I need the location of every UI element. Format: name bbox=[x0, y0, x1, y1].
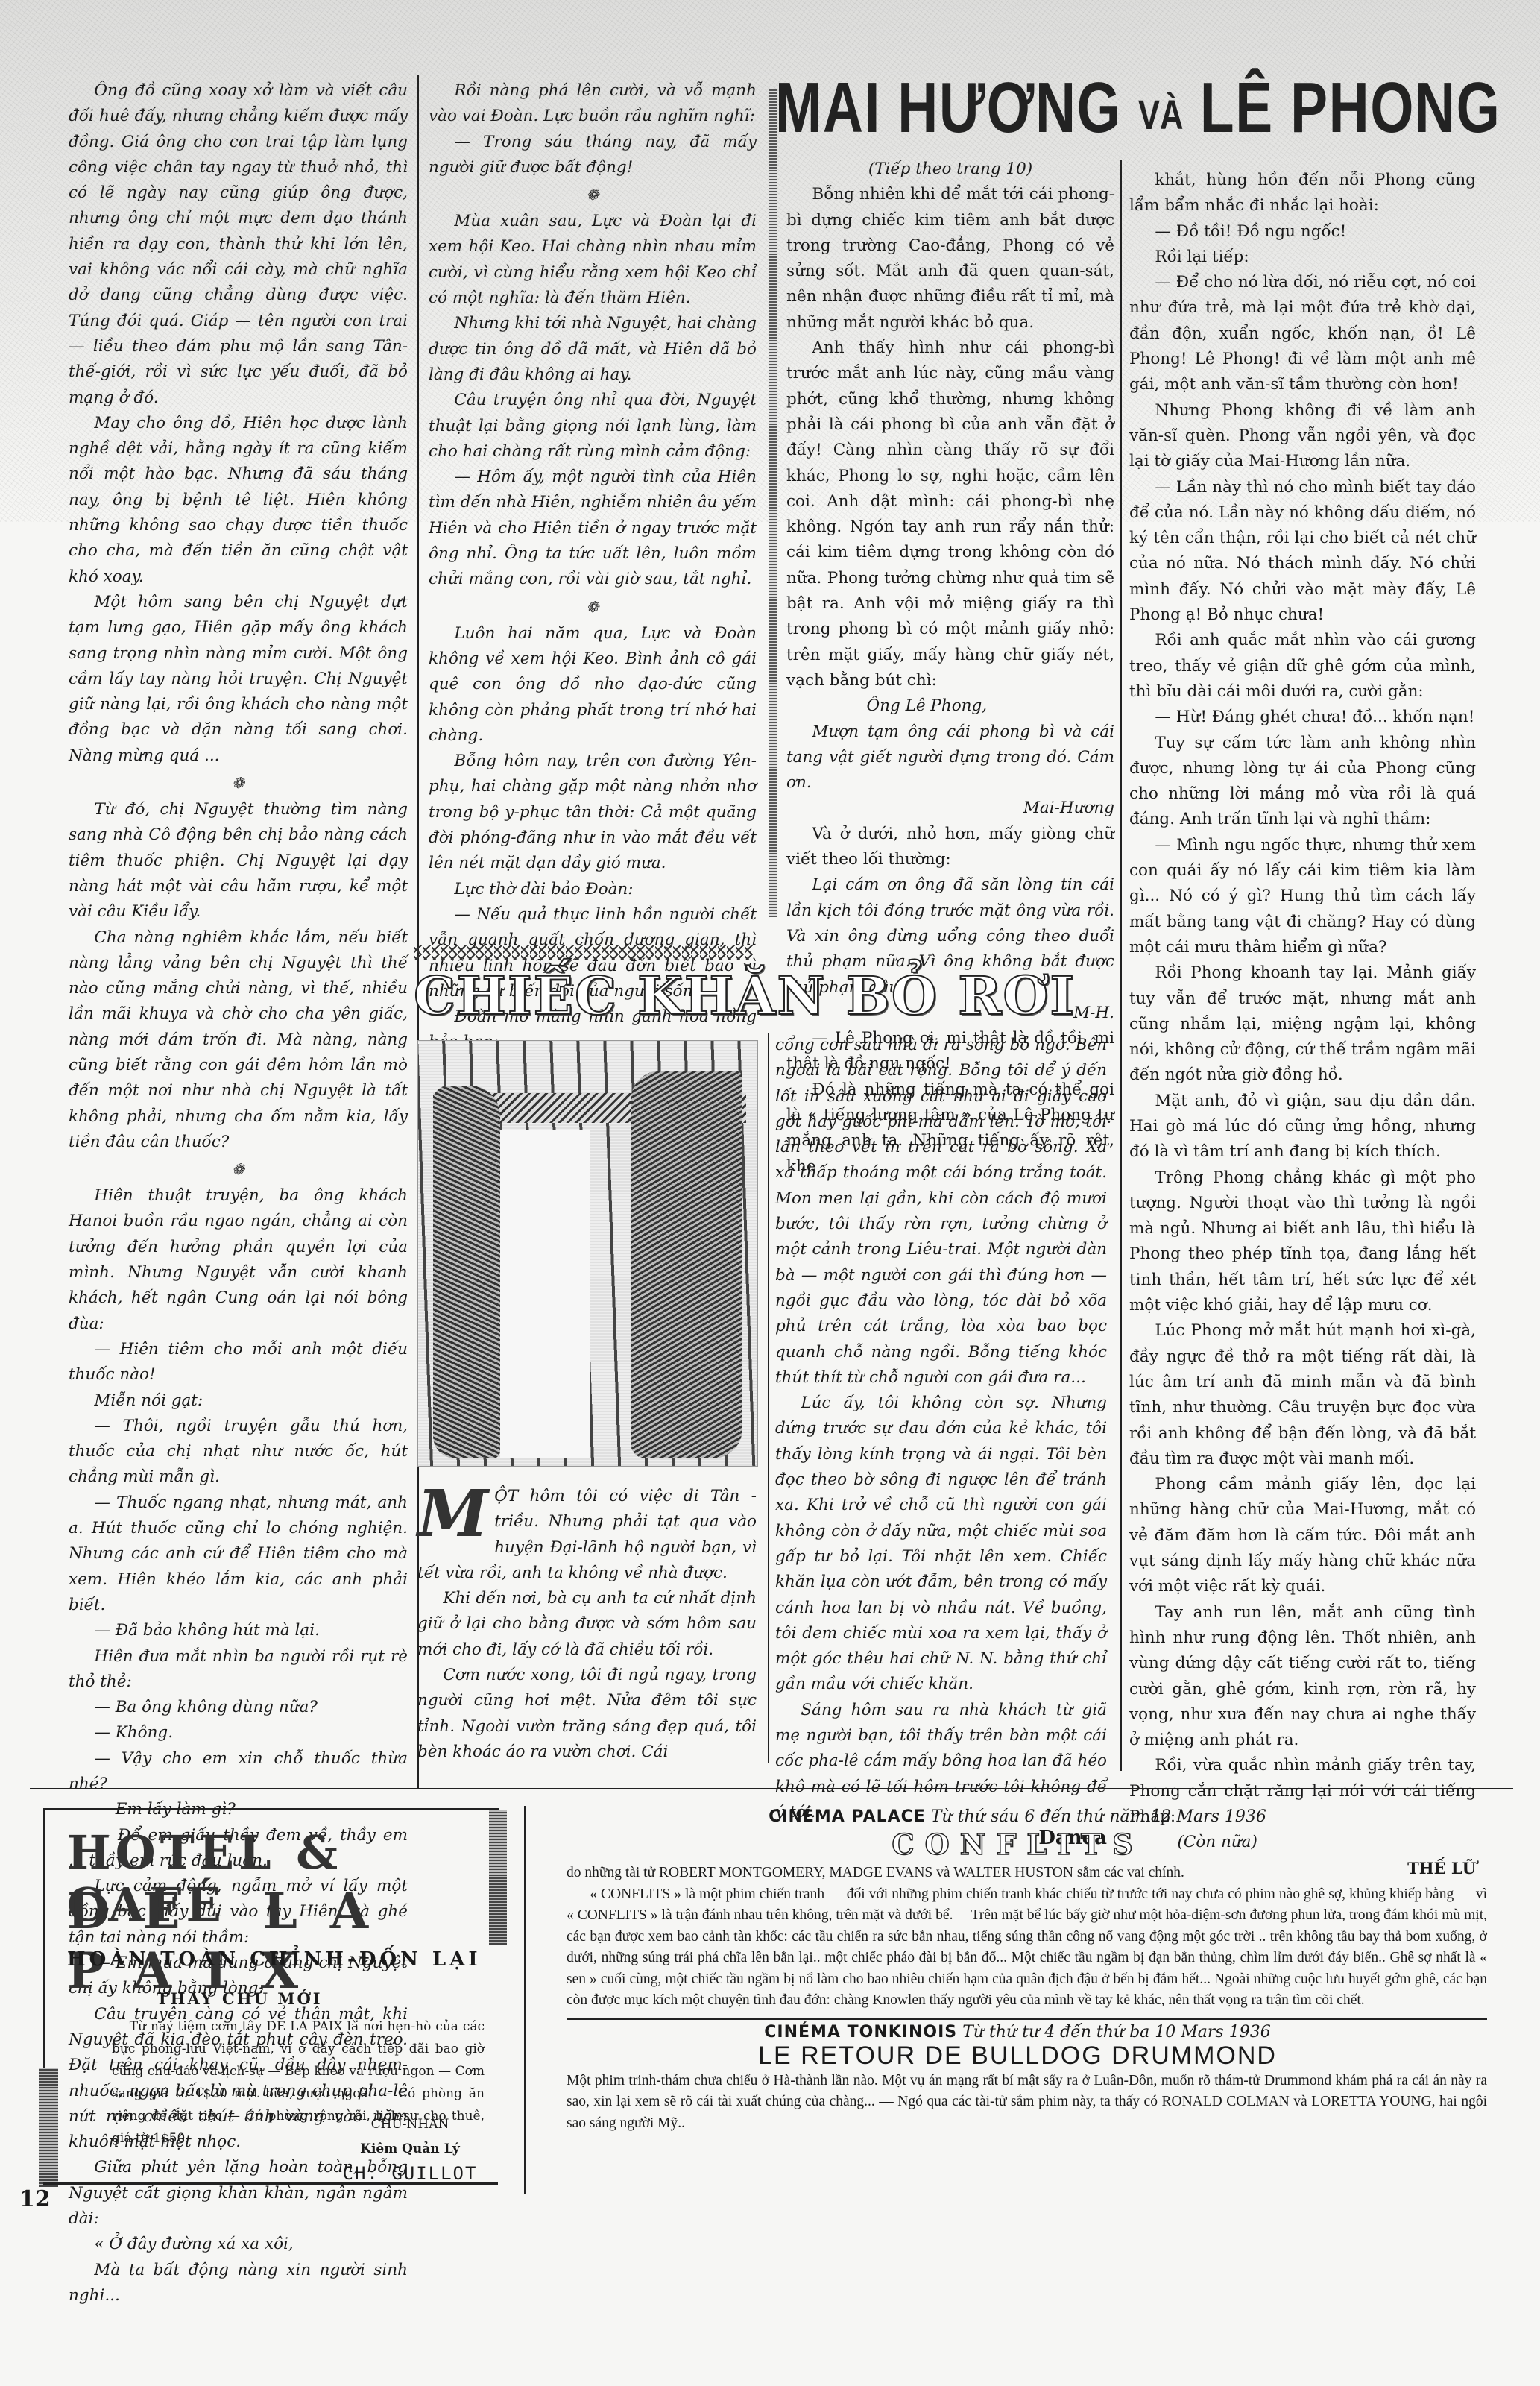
paragraph: « Ở đây đường xá xa xôi, bbox=[69, 2232, 408, 2257]
paragraph: — Để cho nó lừa dối, nó riễu cợt, nó coi… bbox=[1129, 270, 1476, 397]
paragraph: Trông Phong chẳng khác gì một pho tượng.… bbox=[1129, 1165, 1476, 1319]
paragraph: Mà ta bất động nàng xin người sinh nghi.… bbox=[69, 2258, 408, 2309]
paragraph: cổng con sau nhà đi ra sông bỏ ngỏ. Bên … bbox=[775, 1033, 1107, 1391]
paragraph: Một hôm sang bên chị Nguyệt dựt tạm lưng… bbox=[69, 590, 408, 769]
paragraph: Từ đó, chị Nguyệt thường tìm nàng sang n… bbox=[69, 797, 408, 925]
letter-salutation: Ông Lê Phong, bbox=[786, 693, 1114, 719]
film-description: Một phim trinh-thám chưa chiếu ở Hà-thàn… bbox=[567, 2071, 1487, 2135]
ornament-icon: ❁ bbox=[69, 1158, 408, 1180]
paragraph: — Không. bbox=[69, 1720, 408, 1746]
paragraph: — Hừ! Đáng ghét chưa! đồ... khốn nạn! bbox=[1129, 705, 1476, 730]
paragraph: khắt, hùng hồn đến nỗi Phong cũng lẩm bẩ… bbox=[1129, 168, 1476, 219]
ornament-icon: ❁ bbox=[69, 772, 408, 794]
paragraph: Miễn nói gạt: bbox=[69, 1388, 408, 1414]
paragraph: Hiên thuật truyện, ba ông khách Hanoi bu… bbox=[69, 1183, 408, 1337]
owner-label: CHỦ-NHÂN bbox=[335, 2112, 485, 2137]
paragraph: Luôn hai năm qua, Lực và Đoàn không về x… bbox=[429, 621, 757, 749]
letter-signature: Mai-Hương bbox=[786, 796, 1114, 821]
paragraph: — Đã bảo không hút mà lại. bbox=[69, 1618, 408, 1643]
listing-divider bbox=[567, 2018, 1487, 2020]
manager-label: Kiêm Quản Lý bbox=[335, 2137, 485, 2162]
paragraph: — Ba ông không dùng nữa? bbox=[69, 1695, 408, 1720]
column-divider bbox=[524, 1806, 526, 2194]
ad-subtitle: HOÀN TOÀN CHỈNH-ĐỐN LẠI bbox=[67, 1948, 482, 1971]
film-description: « CONFLITS » là một phim chiến tranh — đ… bbox=[567, 1884, 1487, 2012]
illustration-tree bbox=[433, 1086, 500, 1458]
paragraph: — Đồ tồi! Đồ ngu ngốc! bbox=[1129, 219, 1476, 245]
paragraph: Anh thấy hình như cái phong-bì trước mắt… bbox=[786, 336, 1114, 693]
paragraph: Cơm nước xong, tôi đi ngủ ngay, trong ng… bbox=[417, 1663, 757, 1765]
paragraph: Tay anh run lên, mắt anh cũng tình hình … bbox=[1129, 1600, 1476, 1754]
paragraph: — Mình ngu ngốc thực, nhưng thử xem con … bbox=[1129, 833, 1476, 960]
paragraph: Ông đồ cũng xoay xở làm và viết câu đối … bbox=[69, 78, 408, 411]
column-divider bbox=[1120, 160, 1122, 1771]
story3-column-1: MỘT hôm tôi có việc đi Tân - triều. Nhưn… bbox=[417, 1484, 757, 1765]
film-text: Một phim trinh-thám chưa chiếu ở Hà-thàn… bbox=[567, 2071, 1487, 2135]
paragraph: May cho ông đồ, Hiên học được lành nghề … bbox=[69, 411, 408, 590]
cast-line: do những tài tử ROBERT MONTGOMERY, MADGE… bbox=[567, 1863, 1487, 1884]
cinema-header: CINÉMA TONKINOIS Từ thứ tư 4 đến thứ ba … bbox=[533, 2023, 1502, 2042]
film-text: do những tài tử ROBERT MONTGOMERY, MADGE… bbox=[567, 1863, 1487, 2012]
paragraph: Phong cầm mảnh giấy lên, đọc lại những h… bbox=[1129, 1472, 1476, 1599]
illustration-gate bbox=[500, 1130, 590, 1458]
page-number: 12 bbox=[19, 2186, 51, 2212]
cinema-header: CINÉMA PALACE Từ thứ sáu 6 đến thứ năm 1… bbox=[533, 1807, 1502, 1826]
paragraph: Rồi anh quắc mắt nhìn vào cái gương treo… bbox=[1129, 628, 1476, 705]
paragraph: Bỗng hôm nay, trên con đường Yên-phụ, ha… bbox=[429, 749, 757, 876]
illustration-foliage bbox=[631, 1071, 742, 1458]
paragraph: — Lần này thì nó cho mình biết tay đáo đ… bbox=[1129, 475, 1476, 629]
ornament-icon: ❁ bbox=[429, 183, 757, 206]
headline-part1: MAI HƯƠNG bbox=[775, 68, 1121, 148]
ornament-icon: ❁ bbox=[429, 596, 757, 618]
paragraph: Lực thờ dài bảo Đoàn: bbox=[429, 877, 757, 902]
paragraph: Bỗng nhiên khi để mắt tới cái phong-bì d… bbox=[786, 182, 1114, 336]
letter-body: Mượn tạm ông cái phong bì và cái tang vậ… bbox=[786, 720, 1114, 796]
paragraph: Khi đến nơi, bà cụ anh ta cứ nhất định g… bbox=[417, 1586, 757, 1663]
ad-tagline: THAY CHỦ MỚI bbox=[157, 1989, 323, 2008]
paragraph: Hiên đưa mắt nhìn ba người rồi rụt rè th… bbox=[69, 1644, 408, 1696]
decorative-zigzag-border bbox=[414, 945, 753, 960]
paragraph: Nhưng khi tới nhà Nguyệt, hai chàng được… bbox=[429, 311, 757, 388]
paragraph: Mặt anh, đỏ vì giận, sau dịu dần dần. Ha… bbox=[1129, 1089, 1476, 1165]
drop-cap: M bbox=[417, 1488, 488, 1540]
theater-name: CINÉMA PALACE bbox=[769, 1807, 926, 1826]
paragraph: — Hôm ấy, một người tình của Hiên tìm đế… bbox=[429, 465, 757, 592]
ad-signature: CHỦ-NHÂN Kiêm Quản Lý CH. GUILLOT bbox=[335, 2112, 485, 2186]
ad-title-line2: DE LA PAIX bbox=[67, 1881, 499, 2001]
show-dates: Từ thứ sáu 6 đến thứ năm 12 Mars 1936 bbox=[931, 1807, 1266, 1826]
paragraph: — Vậy cho em xin chỗ thuốc thừa nhé? bbox=[69, 1746, 408, 1798]
paragraph: Rồi nàng phá lên cười, và vỗ mạnh vào va… bbox=[429, 78, 757, 130]
story3-column-2: cổng con sau nhà đi ra sông bỏ ngỏ. Bên … bbox=[775, 1033, 1107, 1851]
paragraph: Lúc Phong mở mắt hút mạnh hơi xì-gà, đầy… bbox=[1129, 1318, 1476, 1472]
paragraph: Và ở dưới, nhỏ hơn, mấy giòng chữ viết t… bbox=[786, 822, 1114, 873]
headline-connector: VÀ bbox=[1138, 91, 1184, 138]
paragraph: Mùa xuân sau, Lực và Đoàn lại đi xem hội… bbox=[429, 209, 757, 311]
story2-column-2: khắt, hùng hồn đến nỗi Phong cũng lẩm bẩ… bbox=[1129, 168, 1476, 1881]
story3-illustration bbox=[417, 1040, 758, 1467]
paragraph: — Thôi, ngồi truyện gẫu thú hơn, thuốc c… bbox=[69, 1414, 408, 1491]
cinema-listings: CINÉMA PALACE Từ thứ sáu 6 đến thứ năm 1… bbox=[533, 1804, 1502, 2134]
film-title: LE RETOUR DE BULLDOG DRUMMOND bbox=[533, 2042, 1502, 2071]
show-dates: Từ thứ tư 4 đến thứ ba 10 Mars 1936 bbox=[962, 2023, 1271, 2042]
decorative-strip bbox=[39, 2068, 58, 2187]
paragraph: Nhưng Phong không đi về làm anh văn-sĩ q… bbox=[1129, 398, 1476, 475]
hotel-cafe-advertisement: HOTEL & CAFÉ DE LA PAIX HOÀN TOÀN CHỈNH-… bbox=[43, 1808, 499, 2187]
paragraph: Rồi Phong khoanh tay lại. Mảnh giấy tuy … bbox=[1129, 960, 1476, 1088]
paragraph: Cha nàng nghiêm khắc lắm, nếu biết nàng … bbox=[69, 925, 408, 1156]
story3-headline: CHIẾC KHĂN BỎ RƠI bbox=[414, 966, 757, 1026]
theater-name: CINÉMA TONKINOIS bbox=[764, 2023, 957, 2042]
film-title: CONFLITS bbox=[533, 1828, 1502, 1861]
ad-bottom-border bbox=[43, 2182, 498, 2185]
paragraph: Rồi lại tiếp: bbox=[1129, 245, 1476, 270]
continued-from: (Tiếp theo trang 10) bbox=[786, 157, 1114, 182]
paragraph: — Thuốc ngang nhạt, nhưng mát, anh a. Hú… bbox=[69, 1491, 408, 1618]
paragraph: Tuy sự cấm tức làm anh không nhìn được, … bbox=[1129, 731, 1476, 833]
paragraph: — Trong sáu tháng nay, đã mấy người giữ … bbox=[429, 130, 757, 181]
headline-part2: LÊ PHONG bbox=[1200, 68, 1501, 148]
paragraph: Câu truyện ông nhỉ qua đời, Nguyệt thuật… bbox=[429, 388, 757, 465]
paragraph: Lúc ấy, tôi không còn sợ. Nhưng đứng trư… bbox=[775, 1391, 1107, 1698]
paragraph: — Hiên tiêm cho mỗi anh một điếu thuốc n… bbox=[69, 1337, 408, 1388]
decorative-border bbox=[769, 89, 777, 917]
section-divider bbox=[30, 1788, 1513, 1789]
column-divider bbox=[768, 1033, 769, 1763]
story2-headline: MAI HƯƠNG VÀ LÊ PHONG bbox=[775, 71, 1334, 145]
